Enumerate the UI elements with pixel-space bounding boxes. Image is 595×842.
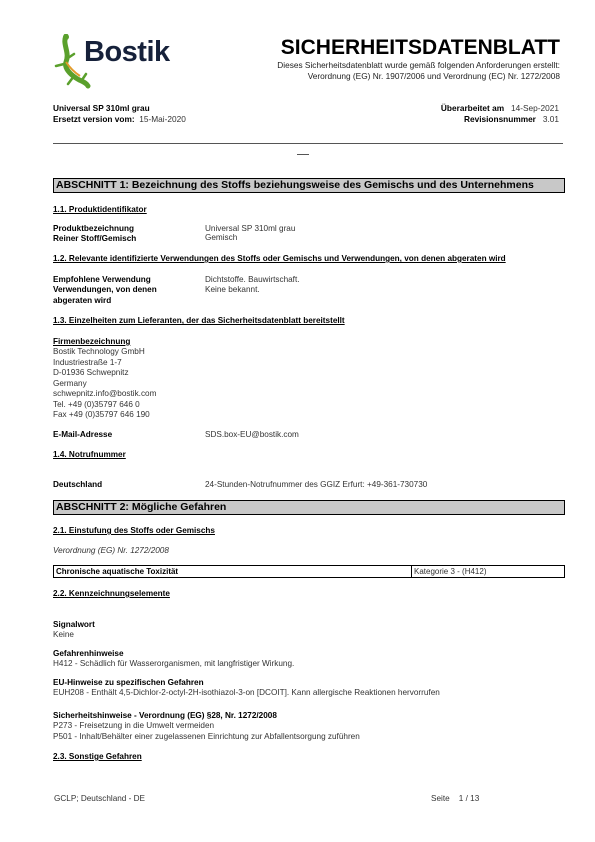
precautionary-statements: P273 - Freisetzung in die Umwelt vermeid… [53, 721, 360, 742]
footer-page: Seite 1 / 13 [431, 794, 479, 803]
label-substance-mixture: Reiner Stoff/Gemisch [53, 234, 136, 245]
logo-text: Bostik [84, 36, 170, 69]
document-title: SICHERHEITSDATENBLATT [281, 36, 560, 60]
subsection-1-3: 1.3. Einzelheiten zum Lieferanten, der d… [53, 316, 345, 325]
company-line: Industriestraße 1-7 [53, 358, 156, 369]
divider-dash [297, 154, 309, 155]
label-hazard-statements: Gefahrenhinweise [53, 649, 124, 660]
value-email-link[interactable]: SDS.box-EU@bostik.com [205, 430, 299, 441]
revised-label: Überarbeitet am [441, 103, 504, 113]
replaced-value: 15-Mai-2020 [139, 114, 186, 124]
subtitle-line: Dieses Sicherheitsdatenblatt wurde gemäß… [277, 60, 560, 71]
label-email: E-Mail-Adresse [53, 430, 112, 441]
replaced-label: Ersetzt version vom: [53, 114, 135, 124]
value-eu-hazard: EUH208 - Enthält 4,5-Dichlor-2-octyl-2H-… [53, 688, 440, 699]
label-signal-word: Signalwort [53, 620, 95, 631]
company-label: Firmenbezeichnung [53, 337, 130, 346]
hazard-category: Kategorie 3 - (H412) [412, 566, 564, 577]
company-phone: Tel. +49 (0)35797 646 0 [53, 400, 156, 411]
label-product-name: Produktbezeichnung [53, 224, 134, 235]
section-1-header: ABSCHNITT 1: Bezeichnung des Stoffs bezi… [53, 178, 565, 193]
company-line: Bostik Technology GmbH [53, 347, 156, 358]
company-email-link[interactable]: schwepnitz.info@bostik.com [53, 389, 156, 400]
meta-left: Universal SP 310ml grau Ersetzt version … [53, 103, 186, 125]
value-hazard-statement: H412 - Schädlich für Wasserorganismen, m… [53, 659, 294, 670]
precautionary-statement: P501 - Inhalt/Behälter einer zugelassene… [53, 732, 360, 743]
divider [53, 143, 563, 144]
subsection-1-4: 1.4. Notrufnummer [53, 450, 126, 459]
revision-value: 3.01 [543, 114, 559, 124]
subsection-2-3: 2.3. Sonstige Gefahren [53, 752, 142, 761]
section-2-header: ABSCHNITT 2: Mögliche Gefahren [53, 500, 565, 515]
label-emergency-country: Deutschland [53, 480, 102, 491]
revision-label: Revisionsnummer [464, 114, 536, 124]
product-name: Universal SP 310ml grau [53, 103, 186, 114]
label-eu-hazard: EU-Hinweise zu spezifischen Gefahren [53, 678, 204, 689]
bostik-logo: Bostik [52, 34, 182, 94]
company-details: Bostik Technology GmbH Industriestraße 1… [53, 347, 156, 421]
subsection-2-2: 2.2. Kennzeichnungselemente [53, 589, 170, 598]
value-substance-mixture: Gemisch [205, 233, 237, 244]
revised-value: 14-Sep-2021 [511, 103, 559, 113]
precautionary-statement: P273 - Freisetzung in die Umwelt vermeid… [53, 721, 360, 732]
value-signal-word: Keine [53, 630, 74, 641]
document-subtitle: Dieses Sicherheitsdatenblatt wurde gemäß… [277, 60, 560, 82]
subsection-2-1: 2.1. Einstufung des Stoffs oder Gemischs [53, 526, 215, 535]
label-recommended-use: Empfohlene Verwendung [53, 275, 151, 286]
subsection-1-1: 1.1. Produktidentifikator [53, 205, 147, 214]
meta-right: Überarbeitet am 14-Sep-2021 Revisionsnum… [441, 103, 559, 125]
value-uses-advised-against: Keine bekannt. [205, 285, 260, 296]
page-label: Seite [431, 794, 450, 803]
footer-format: GCLP; Deutschland - DE [54, 794, 145, 803]
value-recommended-use: Dichtstoffe. Bauwirtschaft. [205, 275, 300, 286]
hazard-class: Chronische aquatische Toxizität [54, 566, 412, 577]
page-number: 1 / 13 [459, 794, 480, 803]
company-fax: Fax +49 (0)35797 646 190 [53, 410, 156, 421]
label-precautionary: Sicherheitshinweise - Verordnung (EG) §2… [53, 711, 277, 722]
company-line: Germany [53, 379, 156, 390]
subtitle-line: Verordnung (EG) Nr. 1907/2006 und Verord… [277, 71, 560, 82]
label-uses-advised-against: Verwendungen, von denen abgeraten wird [53, 285, 173, 306]
regulation-reference: Verordnung (EG) Nr. 1272/2008 [53, 546, 169, 555]
subsection-1-2: 1.2. Relevante identifizierte Verwendung… [53, 254, 506, 263]
value-emergency-number: 24-Stunden-Notrufnummer des GGIZ Erfurt:… [205, 480, 427, 491]
company-line: D-01936 Schwepnitz [53, 368, 156, 379]
hazard-classification-table: Chronische aquatische Toxizität Kategori… [53, 565, 565, 578]
